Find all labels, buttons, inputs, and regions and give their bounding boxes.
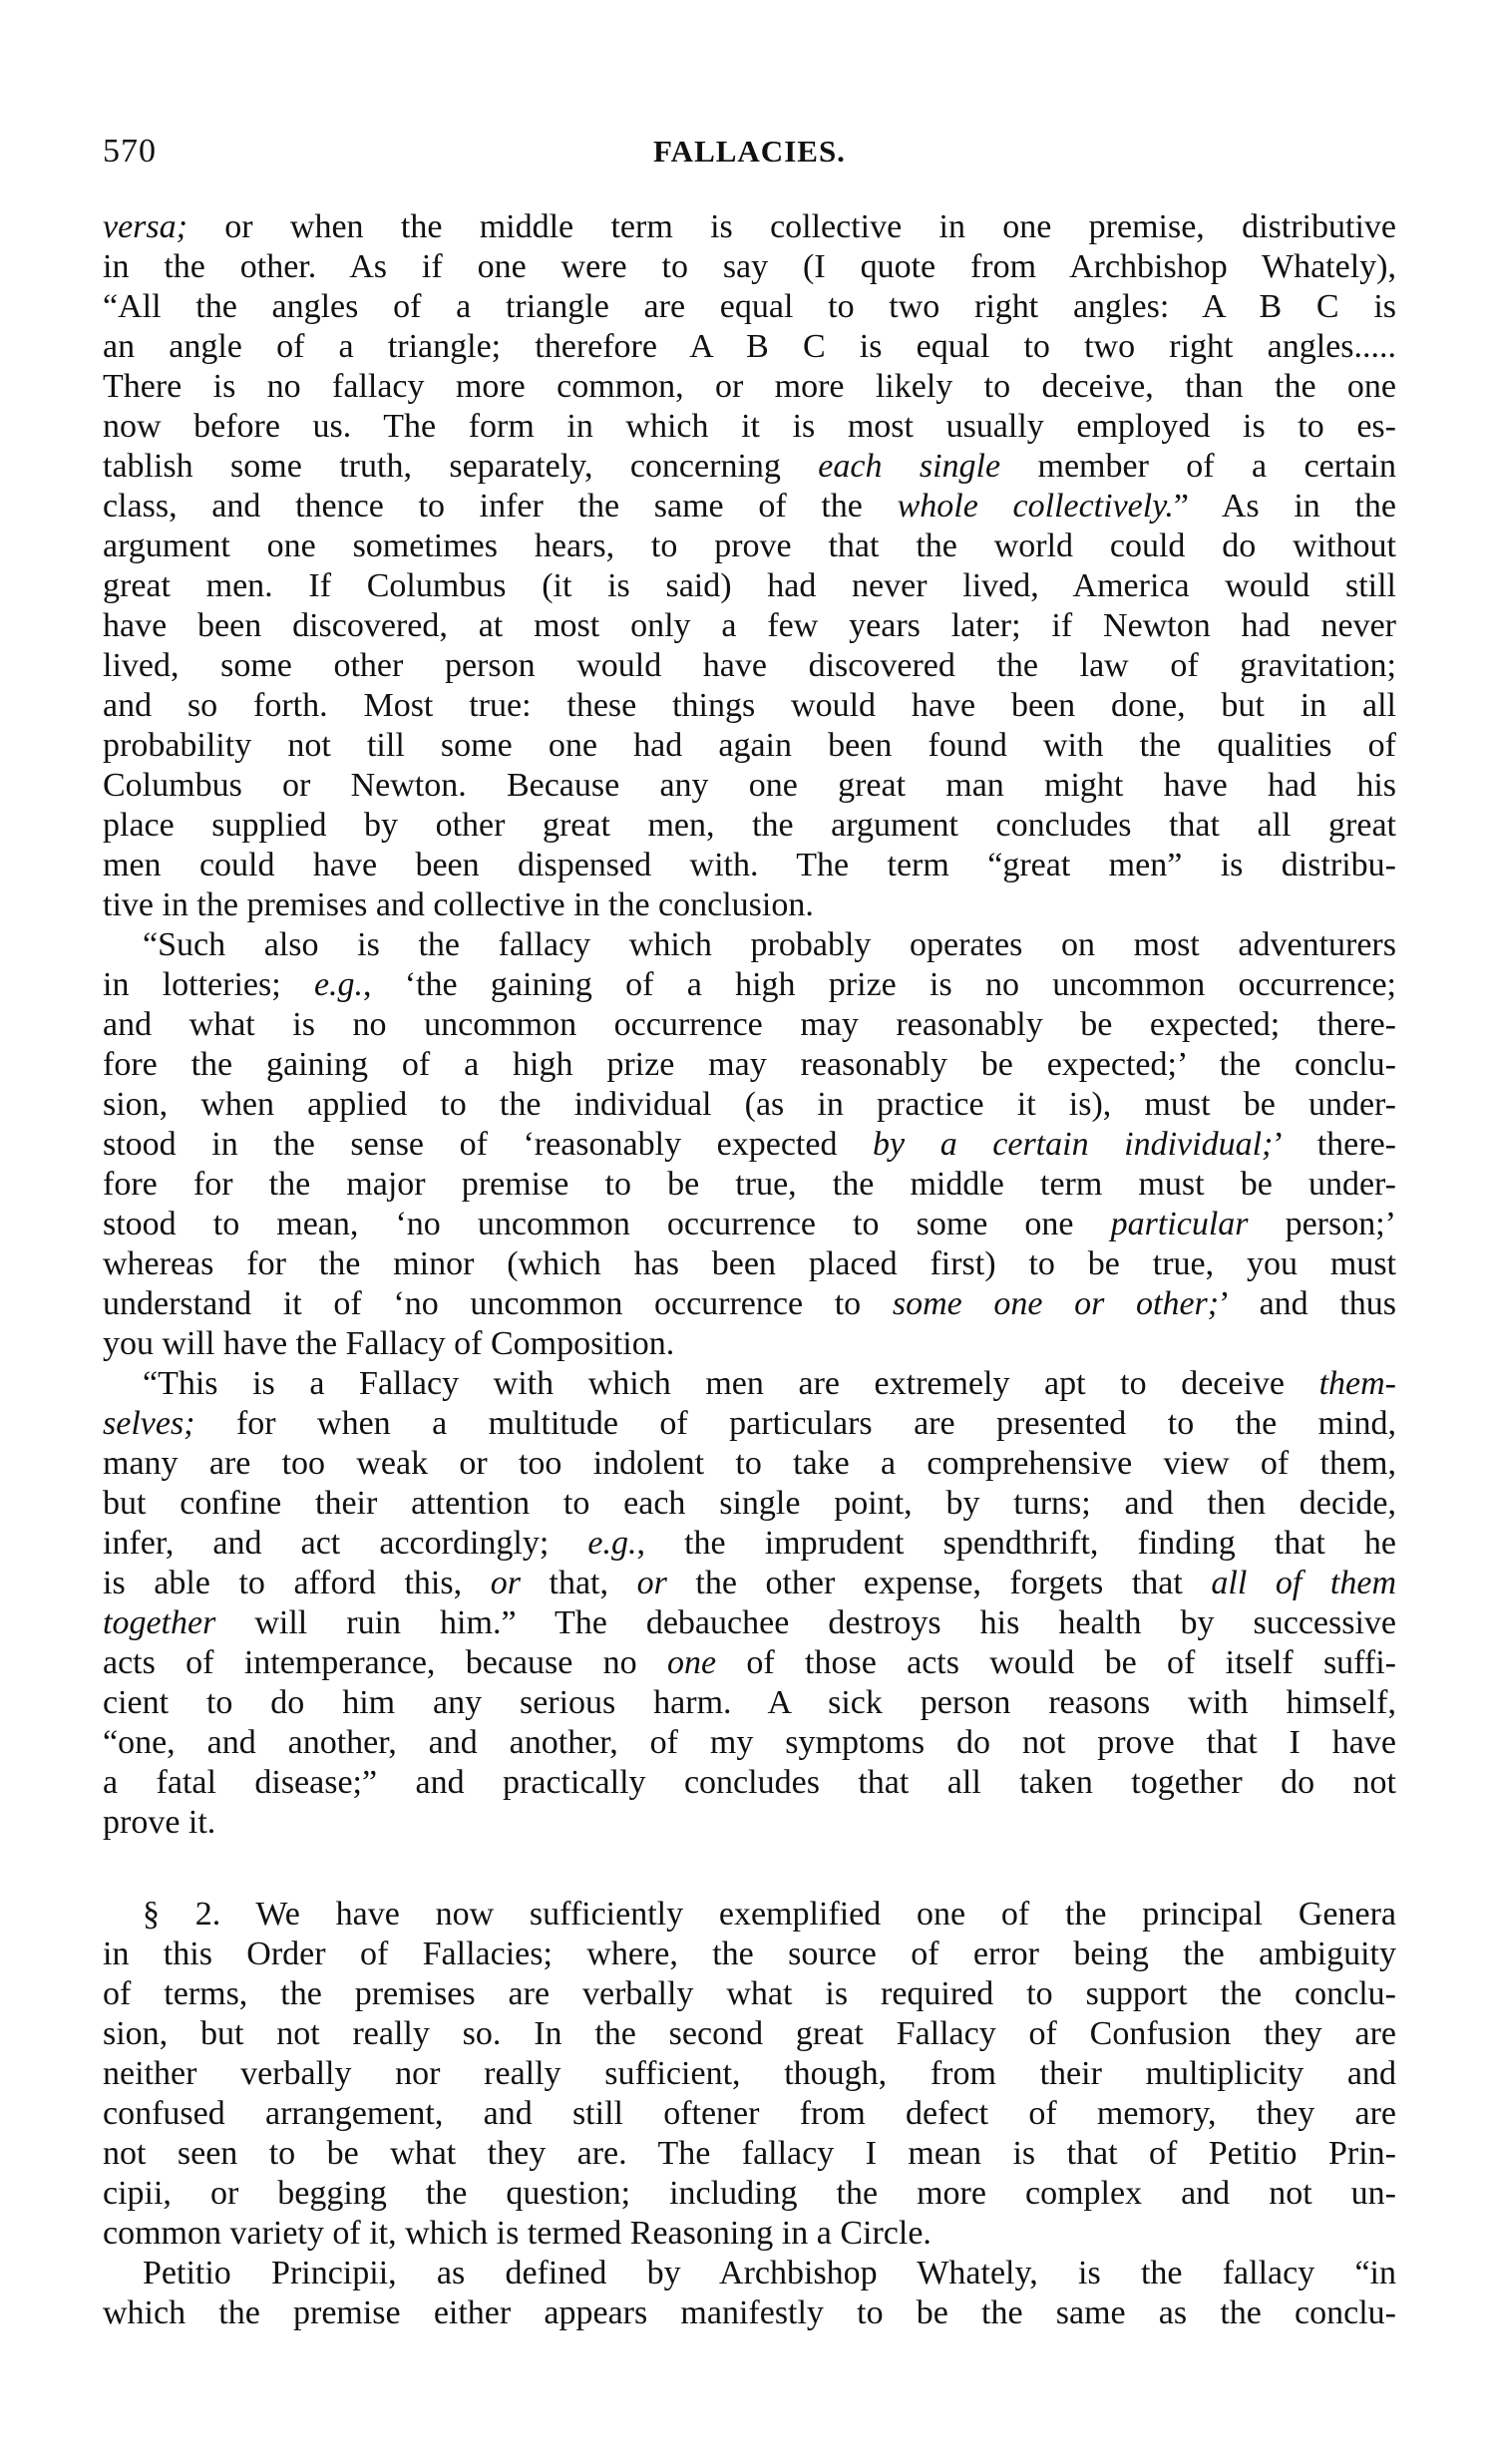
text-line: infer, and act accordingly; e.g., the im… [103, 1524, 1396, 1564]
text: have been discovered, at most only a few… [103, 607, 1396, 644]
text: understand it of ‘no uncommon occurrence… [103, 1285, 893, 1322]
text: of those acts would be of itself suffi- [716, 1644, 1396, 1681]
text-line: and so forth. Most true: these things wo… [103, 686, 1396, 726]
text-line: § 2. We have now sufficiently exemplifie… [103, 1895, 1396, 1935]
text-line: common variety of it, which is termed Re… [103, 2214, 1396, 2254]
text: the other expense, forgets that [667, 1565, 1212, 1601]
text-line: of terms, the premises are verbally what… [103, 1974, 1396, 2014]
text: neither verbally nor really sufficient, … [103, 2055, 1396, 2092]
text: cient to do him any serious harm. A sick… [103, 1684, 1396, 1721]
text: is able to afford this, [103, 1565, 491, 1601]
text: fore the gaining of a high prize may rea… [103, 1046, 1396, 1083]
text: fore for the major premise to be true, t… [103, 1166, 1396, 1203]
text: you will have the Fallacy of Composition… [103, 1325, 674, 1362]
text-line: sion, when applied to the individual (as… [103, 1085, 1396, 1125]
italic-text: whole collectively. [898, 488, 1174, 525]
text: member of a certain [1000, 448, 1396, 485]
text-line: and what is no uncommon occurrence may r… [103, 1005, 1396, 1045]
text: , ‘the gaining of a high prize is no unc… [363, 966, 1396, 1003]
text: “This is a Fallacy with which men are ex… [143, 1365, 1319, 1402]
text-line: place supplied by other great men, the a… [103, 806, 1396, 846]
text-line: great men. If Columbus (it is said) had … [103, 566, 1396, 606]
text-line: is able to afford this, or that, or the … [103, 1564, 1396, 1603]
text-line: together will ruin him.” The debauchee d… [103, 1603, 1396, 1643]
paragraph: “This is a Fallacy with which men are ex… [103, 1364, 1396, 1843]
text: which the premise either appears manifes… [103, 2294, 1396, 2331]
text-line: versa; or when the middle term is collec… [103, 207, 1396, 247]
text-line: many are too weak or too indolent to tak… [103, 1444, 1396, 1484]
italic-text: particular [1111, 1206, 1249, 1242]
italic-text: selves; [103, 1405, 195, 1442]
text: in this Order of Fallacies; where, the s… [103, 1936, 1396, 1972]
text-line: an angle of a triangle; therefore A B C … [103, 327, 1396, 367]
italic-text: by a certain individual; [873, 1126, 1273, 1163]
text-line: in lotteries; e.g., ‘the gaining of a hi… [103, 965, 1396, 1005]
text-line: fore for the major premise to be true, t… [103, 1165, 1396, 1205]
text: sion, when applied to the individual (as… [103, 1086, 1396, 1123]
text-line: fore the gaining of a high prize may rea… [103, 1045, 1396, 1085]
text: prove it. [103, 1804, 215, 1841]
italic-text: them- [1319, 1365, 1396, 1402]
text-line: in the other. As if one were to say (I q… [103, 247, 1396, 287]
text: confused arrangement, and still oftener … [103, 2095, 1396, 2132]
text-line: Petitio Principii, as defined by Archbis… [103, 2254, 1396, 2293]
text: men could have been dispensed with. The … [103, 847, 1396, 883]
text: , the imprudent spendthrift, finding tha… [636, 1525, 1396, 1562]
text-line: tive in the premises and collective in t… [103, 885, 1396, 925]
paragraph: versa; or when the middle term is collec… [103, 207, 1396, 925]
text-line: prove it. [103, 1803, 1396, 1843]
text-line: which the premise either appears manifes… [103, 2293, 1396, 2333]
text-line: men could have been dispensed with. The … [103, 846, 1396, 885]
text-line: you will have the Fallacy of Composition… [103, 1324, 1396, 1364]
text: and what is no uncommon occurrence may r… [103, 1006, 1396, 1043]
text-line: “Such also is the fallacy which probably… [103, 925, 1396, 965]
text: common variety of it, which is termed Re… [103, 2215, 931, 2252]
text: stood to mean, ‘no uncommon occurrence t… [103, 1206, 1111, 1242]
text-line: “All the angles of a triangle are equal … [103, 287, 1396, 327]
text-line: but confine their attention to each sing… [103, 1484, 1396, 1524]
text: ’ there- [1273, 1126, 1396, 1163]
text: a fatal disease;” and practically conclu… [103, 1764, 1396, 1801]
text: ’ and thus [1219, 1285, 1396, 1322]
running-title: FALLACIES. [103, 132, 1396, 172]
text: stood in the sense of ‘reasonably expect… [103, 1126, 873, 1163]
text: whereas for the minor (which has been pl… [103, 1245, 1396, 1282]
text: lived, some other person would have disc… [103, 647, 1396, 684]
text: great men. If Columbus (it is said) had … [103, 567, 1396, 604]
text-line: cient to do him any serious harm. A sick… [103, 1683, 1396, 1723]
text-line: confused arrangement, and still oftener … [103, 2094, 1396, 2134]
text: and so forth. Most true: these things wo… [103, 687, 1396, 724]
text: probability not till some one had again … [103, 727, 1396, 764]
text: sion, but not really so. In the second g… [103, 2015, 1396, 2052]
text-line: tablish some truth, separately, concerni… [103, 447, 1396, 487]
text: § 2. We have now sufficiently exemplifie… [143, 1896, 1396, 1933]
text: Petitio Principii, as defined by Archbis… [143, 2255, 1396, 2291]
text-line: Columbus or Newton. Because any one grea… [103, 766, 1396, 806]
text: in the other. As if one were to say (I q… [103, 248, 1396, 285]
italic-text: some one or other; [893, 1285, 1219, 1322]
italic-text: or [637, 1565, 667, 1601]
text: “one, and another, and another, of my sy… [103, 1724, 1396, 1761]
italic-text: e.g. [587, 1525, 636, 1562]
text: many are too weak or too indolent to tak… [103, 1445, 1396, 1482]
text: tive in the premises and collective in t… [103, 886, 814, 923]
text: class, and thence to infer the same of t… [103, 488, 898, 525]
section-gap [103, 1843, 1396, 1895]
paragraph: Petitio Principii, as defined by Archbis… [103, 2254, 1396, 2333]
text: acts of intemperance, because no [103, 1644, 667, 1681]
text: person;’ [1249, 1206, 1396, 1242]
italic-text: all of them [1211, 1565, 1396, 1601]
text: place supplied by other great men, the a… [103, 807, 1396, 844]
text-line: sion, but not really so. In the second g… [103, 2014, 1396, 2054]
text-line: not seen to be what they are. The fallac… [103, 2134, 1396, 2174]
text: an angle of a triangle; therefore A B C … [103, 328, 1396, 365]
italic-text: one [667, 1644, 716, 1681]
text-line: stood in the sense of ‘reasonably expect… [103, 1125, 1396, 1165]
text-line: probability not till some one had again … [103, 726, 1396, 766]
text: Columbus or Newton. Because any one grea… [103, 767, 1396, 804]
text: ” As in the [1174, 488, 1396, 525]
text-line: “one, and another, and another, of my sy… [103, 1723, 1396, 1763]
text-line: cipii, or begging the question; includin… [103, 2174, 1396, 2214]
text-line: have been discovered, at most only a few… [103, 606, 1396, 646]
paragraph: “Such also is the fallacy which probably… [103, 925, 1396, 1364]
text-line: neither verbally nor really sufficient, … [103, 2054, 1396, 2094]
text-line: now before us. The form in which it is m… [103, 407, 1396, 447]
text-line: whereas for the minor (which has been pl… [103, 1244, 1396, 1284]
text-line: a fatal disease;” and practically conclu… [103, 1763, 1396, 1803]
text: There is no fallacy more common, or more… [103, 368, 1396, 405]
text-line: argument one sometimes hears, to prove t… [103, 527, 1396, 566]
text: cipii, or begging the question; includin… [103, 2175, 1396, 2212]
italic-text: versa; [103, 208, 187, 245]
text-line: class, and thence to infer the same of t… [103, 487, 1396, 527]
text-line: lived, some other person would have disc… [103, 646, 1396, 686]
text: for when a multitude of particulars are … [195, 1405, 1396, 1442]
text-line: stood to mean, ‘no uncommon occurrence t… [103, 1205, 1396, 1244]
italic-text: or [491, 1565, 521, 1601]
text: that, [521, 1565, 637, 1601]
italic-text: together [103, 1604, 215, 1641]
text: infer, and act accordingly; [103, 1525, 587, 1562]
text: not seen to be what they are. The fallac… [103, 2135, 1396, 2172]
text-line: acts of intemperance, because no one of … [103, 1643, 1396, 1683]
body-text: versa; or when the middle term is collec… [103, 207, 1396, 2333]
book-page: 570 FALLACIES. versa; or when the middle… [0, 0, 1490, 2464]
text: now before us. The form in which it is m… [103, 408, 1396, 445]
text: of terms, the premises are verbally what… [103, 1975, 1396, 2012]
text-line: understand it of ‘no uncommon occurrence… [103, 1284, 1396, 1324]
text-line: in this Order of Fallacies; where, the s… [103, 1935, 1396, 1974]
text-line: “This is a Fallacy with which men are ex… [103, 1364, 1396, 1404]
text-line: There is no fallacy more common, or more… [103, 367, 1396, 407]
text: in lotteries; [103, 966, 314, 1003]
text: “Such also is the fallacy which probably… [143, 926, 1396, 963]
running-head: 570 FALLACIES. [103, 132, 1396, 172]
text: tablish some truth, separately, concerni… [103, 448, 818, 485]
text: argument one sometimes hears, to prove t… [103, 528, 1396, 564]
text: or when the middle term is collective in… [187, 208, 1396, 245]
italic-text: e.g. [314, 966, 363, 1003]
text: will ruin him.” The debauchee destroys h… [215, 1604, 1396, 1641]
text: “All the angles of a triangle are equal … [103, 288, 1396, 325]
italic-text: each single [818, 448, 1000, 485]
text: but confine their attention to each sing… [103, 1485, 1396, 1522]
text-line: selves; for when a multitude of particul… [103, 1404, 1396, 1444]
paragraph: § 2. We have now sufficiently exemplifie… [103, 1895, 1396, 2254]
